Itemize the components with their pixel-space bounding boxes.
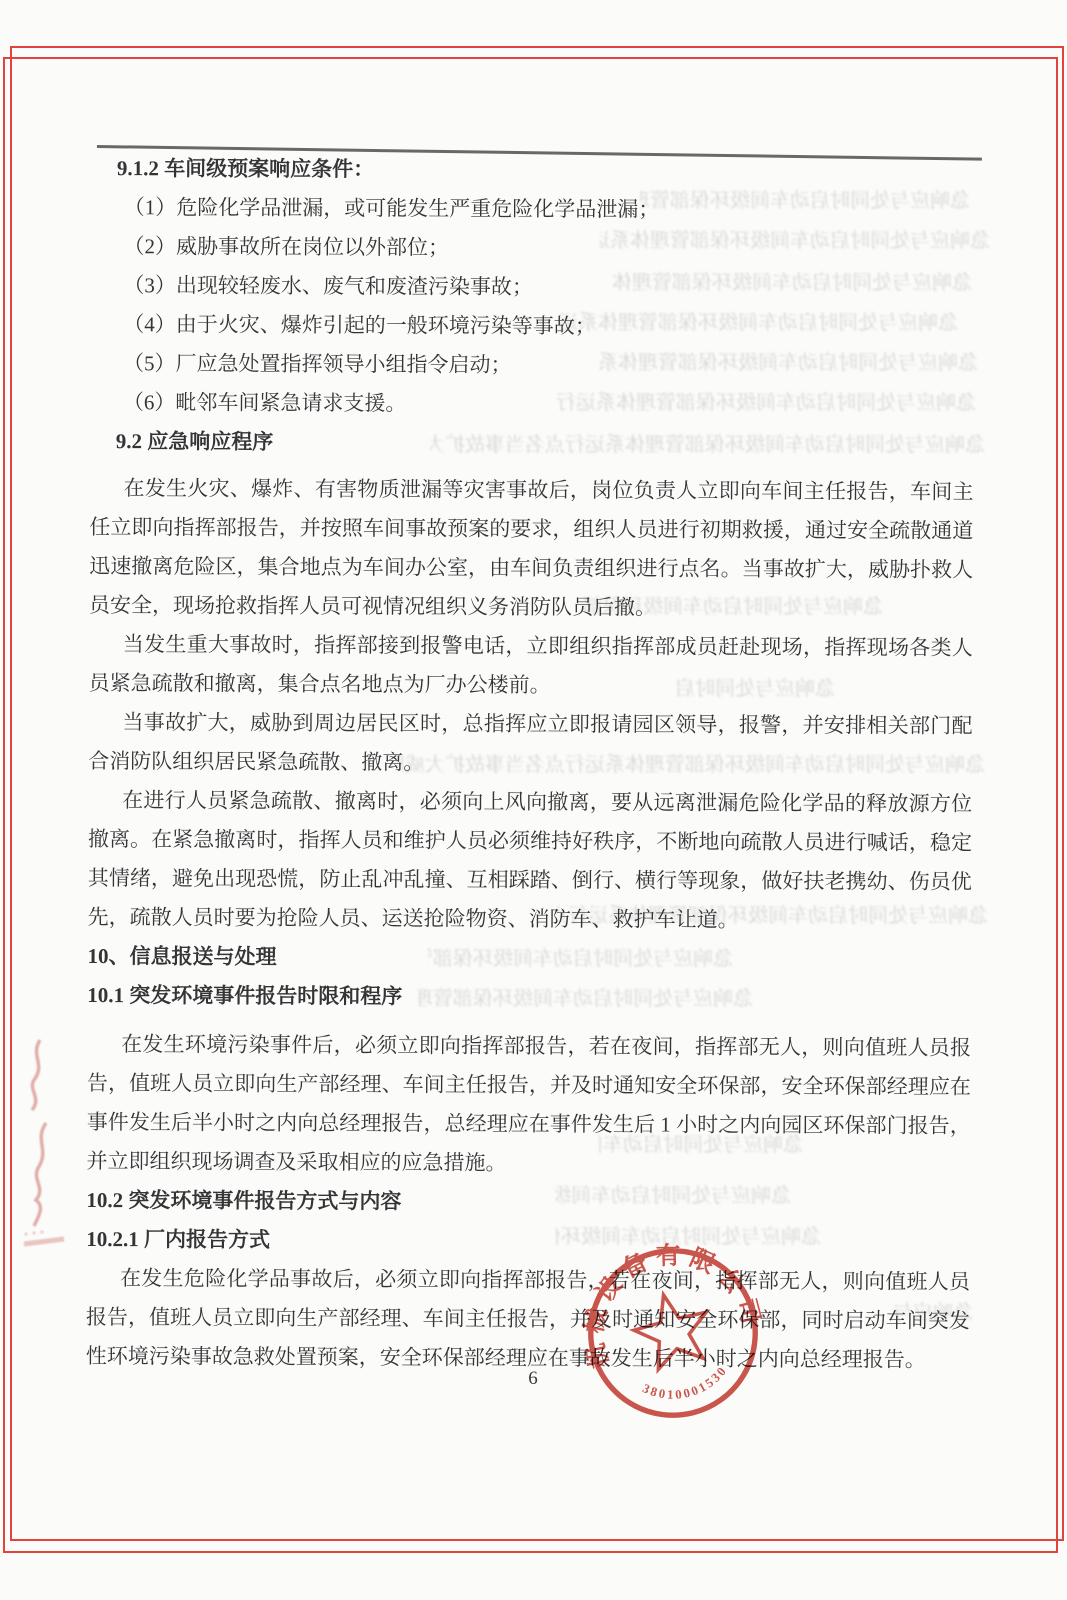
page-number: 6 bbox=[91, 1368, 975, 1390]
red-ink-marks bbox=[18, 1028, 78, 1263]
paragraph: 当发生重大事故时，指挥部接到报警电话，立即组织指挥部成员赶赴现场，指挥现场各类人… bbox=[89, 625, 973, 707]
section-heading: 10、信息报送与处理 bbox=[87, 937, 971, 980]
list-item: （4）由于火灾、爆炸引起的一般环境污染等事故； bbox=[90, 305, 974, 348]
paragraph: 在发生火灾、爆炸、有害物质泄漏等灾害事故后，岗位负责人立即向车间主任报告，车间主… bbox=[89, 469, 974, 629]
section-heading: 10.2.1 厂内报告方式 bbox=[86, 1220, 970, 1263]
section-heading: 9.1.2 车间级预案响应条件： bbox=[91, 149, 975, 192]
paragraph: 在进行人员紧急疏散、撤离时，必须向上风向撤离，要从远离泄漏危险化学品的释放源方位… bbox=[88, 781, 973, 941]
seal-star-icon bbox=[627, 1286, 716, 1373]
list-item: （5）厂应急处置指挥领导小组指令启动； bbox=[90, 344, 974, 387]
paragraph: 在发生危险化学品事故后，必须立即向指挥部报告，若在夜间，指挥部无人，则向值班人员… bbox=[86, 1259, 971, 1380]
list-item: （3）出现较轻废水、废气和废渣污染事故； bbox=[90, 266, 974, 309]
list-item: （1）危险化学品泄漏，或可能发生严重危险化学品泄漏； bbox=[91, 188, 975, 231]
paragraph: 当事故扩大，威胁到周边居民区时，总指挥应立即报请园区领导，报警，并安排相关部门配… bbox=[88, 703, 972, 785]
section-heading: 10.1 突发环境事件报告时限和程序 bbox=[87, 976, 971, 1019]
scanned-page: 急响应与处同时启动车间级环保部管理体系运行点名当事故扩大威胁人员安全现场组织疏散… bbox=[0, 0, 1067, 1600]
list-item: （6）毗邻车间紧急请求支援。 bbox=[90, 383, 974, 426]
section-heading: 9.2 应急响应程序 bbox=[90, 422, 974, 465]
document-content: 9.1.2 车间级预案响应条件：（1）危险化学品泄漏，或可能发生严重危险化学品泄… bbox=[86, 149, 975, 1380]
paragraph: 在发生环境污染事件后，必须立即向指挥部报告，若在夜间，指挥部无人，则向值班人员报… bbox=[86, 1025, 971, 1185]
section-heading: 10.2 突发环境事件报告方式与内容 bbox=[86, 1181, 970, 1224]
list-item: （2）威胁事故所在岗位以外部位； bbox=[90, 227, 974, 270]
